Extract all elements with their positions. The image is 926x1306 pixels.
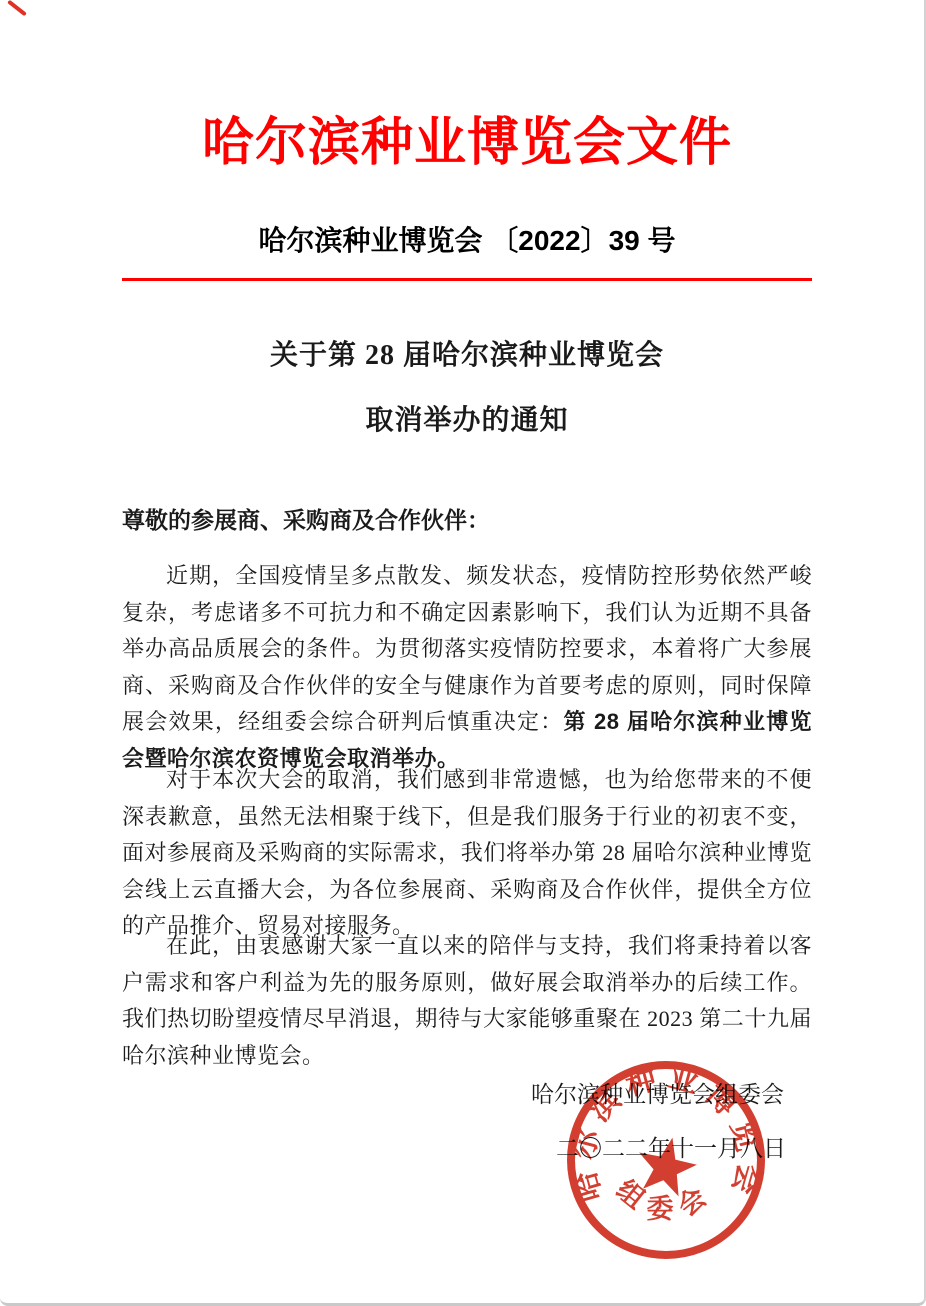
document-page: 哈尔滨种业博览会文件 哈尔滨种业博览会 〔2022〕39 号 关于第 28 届哈… xyxy=(0,0,926,1306)
corner-pen-mark xyxy=(7,0,27,16)
document-banner-title: 哈尔滨种业博览会文件 xyxy=(122,112,812,174)
official-seal-stamp: 哈尔滨种业博览会 组委会 xyxy=(563,1057,769,1263)
subject-title-line-1: 关于第 28 届哈尔滨种业博览会 xyxy=(122,340,812,372)
salutation: 尊敬的参展商、采购商及合作伙伴： xyxy=(122,505,812,535)
subject-title-line-2: 取消举办的通知 xyxy=(122,405,812,437)
seal-ring-text: 哈尔滨种业博览会 xyxy=(565,1061,765,1206)
paragraph-2: 对于本次大会的取消，我们感到非常遗憾，也为给您带来的不便深表歉意，虽然无法相聚于… xyxy=(122,762,812,945)
paragraph-3: 在此，由衷感谢大家一直以来的陪伴与支持，我们将秉持着以客户需求和客户利益为先的服… xyxy=(122,928,812,1074)
document-number: 哈尔滨种业博览会 〔2022〕39 号 xyxy=(122,224,812,258)
paragraph-1: 近期，全国疫情呈多点散发、频发状态，疫情防控形势依然严峻复杂，考虑诸多不可抗力和… xyxy=(122,558,812,777)
red-divider-line xyxy=(122,278,812,281)
